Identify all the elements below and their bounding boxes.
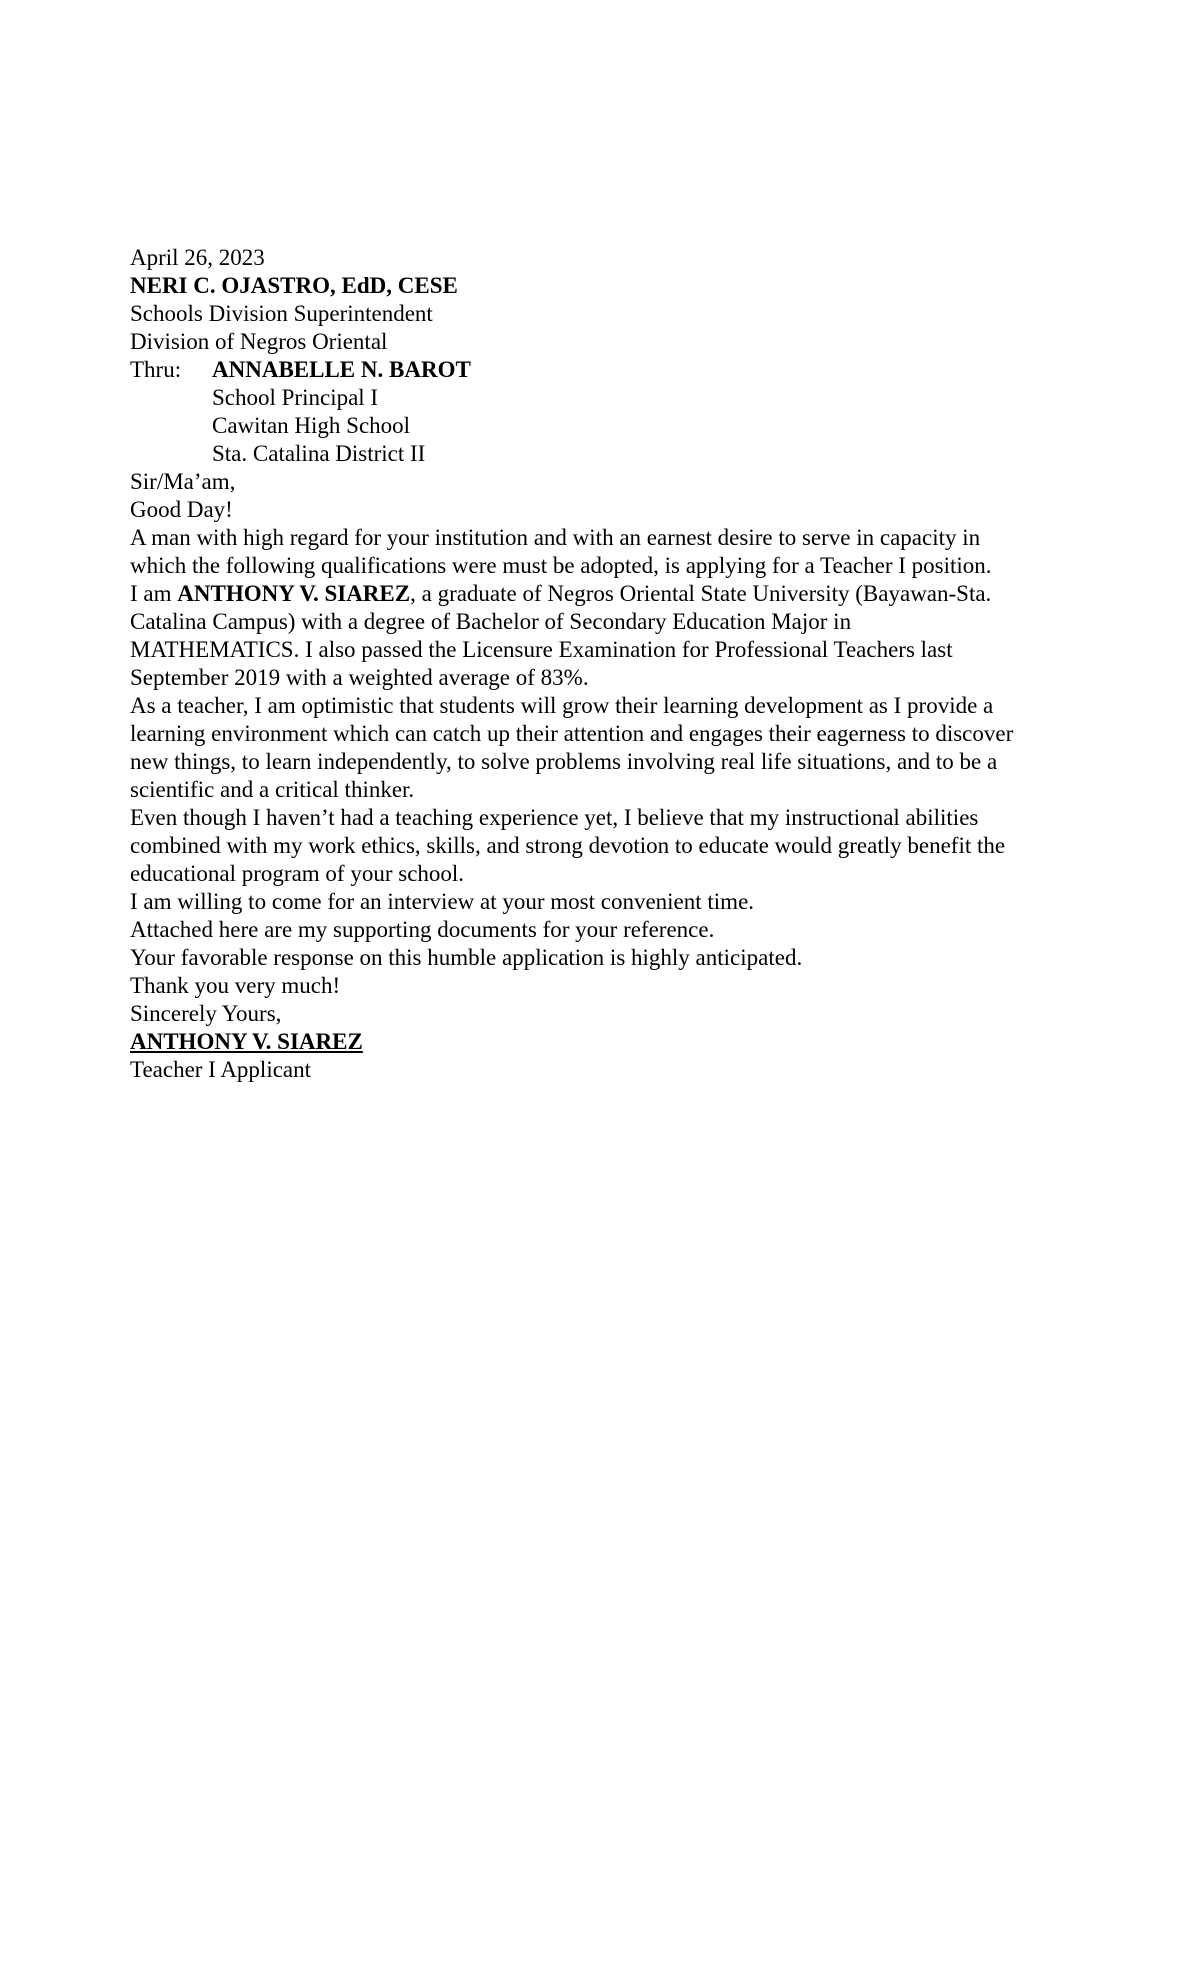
thru-label: Thru: bbox=[130, 356, 212, 468]
salutation: Sir/Ma’am, bbox=[130, 468, 1052, 496]
recipient-organization: Division of Negros Oriental bbox=[130, 328, 1052, 356]
thru-details: ANNABELLE N. BAROT School Principal I Ca… bbox=[212, 356, 471, 468]
signature-title: Teacher I Applicant bbox=[130, 1056, 1052, 1084]
application-letter-page: April 26, 2023 NERI C. OJASTRO, EdD, CES… bbox=[0, 0, 1200, 1976]
signature-name: ANTHONY V. SIAREZ bbox=[130, 1029, 363, 1054]
qualifications-text-pre: I am bbox=[130, 581, 177, 606]
body-paragraph-experience: Even though I haven’t had a teaching exp… bbox=[130, 804, 1052, 888]
signature-block: ANTHONY V. SIAREZ bbox=[130, 1028, 1052, 1056]
recipient-title: Schools Division Superintendent bbox=[130, 300, 1052, 328]
greeting: Good Day! bbox=[130, 496, 1052, 524]
recipient-name: NERI C. OJASTRO, EdD, CESE bbox=[130, 272, 1052, 300]
thru-school: Cawitan High School bbox=[212, 412, 471, 440]
recipient-block: NERI C. OJASTRO, EdD, CESE Schools Divis… bbox=[130, 272, 1052, 356]
body-paragraph-intro: A man with high regard for your institut… bbox=[130, 524, 1052, 580]
closing-line: Sincerely Yours, bbox=[130, 1000, 1052, 1028]
thru-title: School Principal I bbox=[212, 384, 471, 412]
thanks-line: Thank you very much! bbox=[130, 972, 1052, 1000]
letter-date: April 26, 2023 bbox=[130, 244, 1052, 272]
body-paragraph-teaching-philosophy: As a teacher, I am optimistic that stude… bbox=[130, 692, 1052, 804]
body-paragraph-qualifications: I am ANTHONY V. SIAREZ, a graduate of Ne… bbox=[130, 580, 1052, 692]
thru-district: Sta. Catalina District II bbox=[212, 440, 471, 468]
applicant-name-inline: ANTHONY V. SIAREZ bbox=[177, 581, 410, 606]
thru-block: Thru: ANNABELLE N. BAROT School Principa… bbox=[130, 356, 1052, 468]
thru-name: ANNABELLE N. BAROT bbox=[212, 356, 471, 384]
body-paragraph-interview-request: I am willing to come for an interview at… bbox=[130, 888, 1052, 972]
